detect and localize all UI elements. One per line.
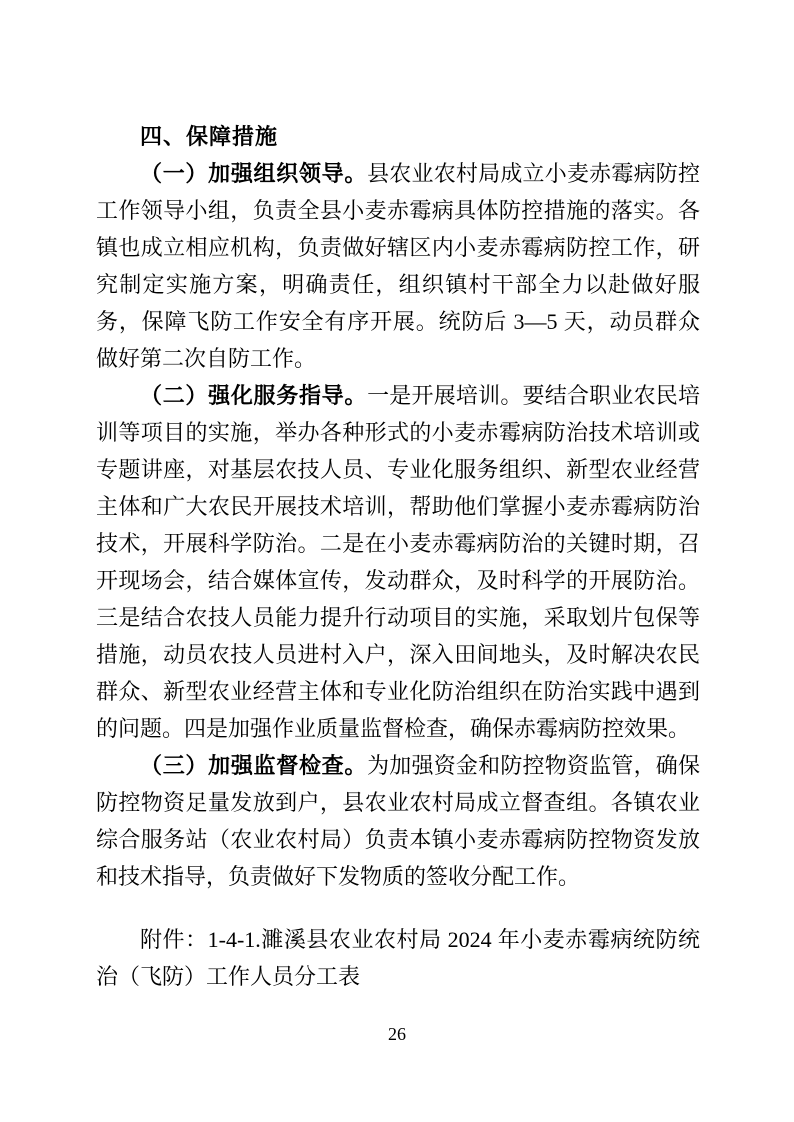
- attachment-note: 附件：1-4-1.濉溪县农业农村局 2024 年小麦赤霉病统防统治（飞防）工作人…: [96, 921, 700, 995]
- paragraph-2-lead: （二）强化服务指导。: [140, 383, 367, 408]
- page-number: 26: [0, 1022, 794, 1046]
- paragraph-2-text: 一是开展培训。要结合职业农民培训等项目的实施，举办各种形式的小麦赤霉病防治技术培…: [96, 383, 700, 741]
- paragraph-1-text: 县农业农村局成立小麦赤霉病防控工作领导小组，负责全县小麦赤霉病具体防控措施的落实…: [96, 161, 700, 371]
- paragraph-3-lead: （三）加强监督检查。: [140, 753, 367, 778]
- section-heading: 四、保障措施: [96, 118, 700, 155]
- document-body: 四、保障措施 （一）加强组织领导。县农业农村局成立小麦赤霉病防控工作领导小组，负…: [96, 118, 700, 995]
- paragraph-organization-leadership: （一）加强组织领导。县农业农村局成立小麦赤霉病防控工作领导小组，负责全县小麦赤霉…: [96, 155, 700, 377]
- paragraph-1-lead: （一）加强组织领导。: [140, 161, 367, 186]
- paragraph-service-guidance: （二）强化服务指导。一是开展培训。要结合职业农民培训等项目的实施，举办各种形式的…: [96, 377, 700, 747]
- document-page: 四、保障措施 （一）加强组织领导。县农业农村局成立小麦赤霉病防控工作领导小组，负…: [0, 0, 794, 1122]
- paragraph-supervision-inspection: （三）加强监督检查。为加强资金和防控物资监管，确保防控物资足量发放到户，县农业农…: [96, 747, 700, 895]
